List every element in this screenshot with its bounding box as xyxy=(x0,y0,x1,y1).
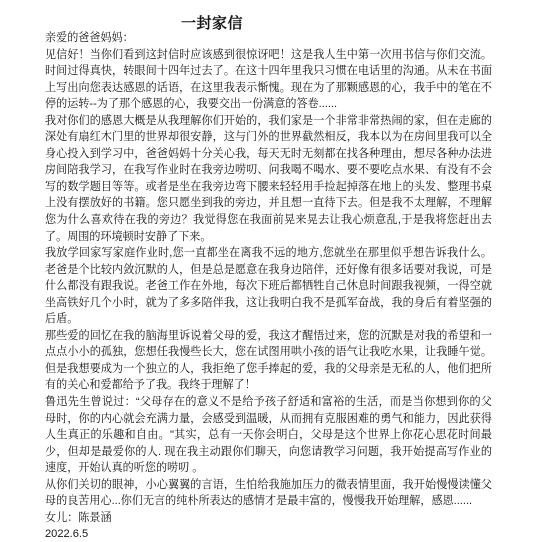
letter-paragraph: 我放学回家写家庭作业时,您一直都坐在离我不远的地方,您就坐在那里似乎想告诉我什么… xyxy=(45,245,492,328)
signature-name: 女儿：陈景涵 xyxy=(45,510,492,527)
letter-salutation: 亲爱的爸爸妈妈： xyxy=(45,30,492,47)
letter-paragraph: 那些爱的回忆在我的脑海里诉说着父母的爱，我这才醒悟过来，您的沉默是对我的希望和一… xyxy=(45,328,492,394)
letter-paragraph: 从你们关切的眼神，小心翼翼的言语，生怕给我施加压力的微表情里面，我开始慢慢读懂父… xyxy=(45,477,492,510)
letter-paragraph: 我对你们的感恩大概是从我理解你们开始的，我们家是一个非常非常热闹的家，但在走廊的… xyxy=(45,113,492,245)
letter-page: 一封家信 亲爱的爸爸妈妈： 见信好！当你们看到这封信时应该感到很惊讶吧！这是我人… xyxy=(0,0,536,542)
letter-paragraph: 鲁迅先生曾说过：“父母存在的意义不是给予孩子舒适和富裕的生活，而是当你想到你的父… xyxy=(45,394,492,477)
letter-paragraph: 见信好！当你们看到这封信时应该感到很惊讶吧！这是我人生中第一次用书信与你们交流。… xyxy=(45,47,492,113)
letter-body: 亲爱的爸爸妈妈： 见信好！当你们看到这封信时应该感到很惊讶吧！这是我人生中第一次… xyxy=(45,30,492,542)
signature-date: 2022.6.5 xyxy=(45,526,492,542)
